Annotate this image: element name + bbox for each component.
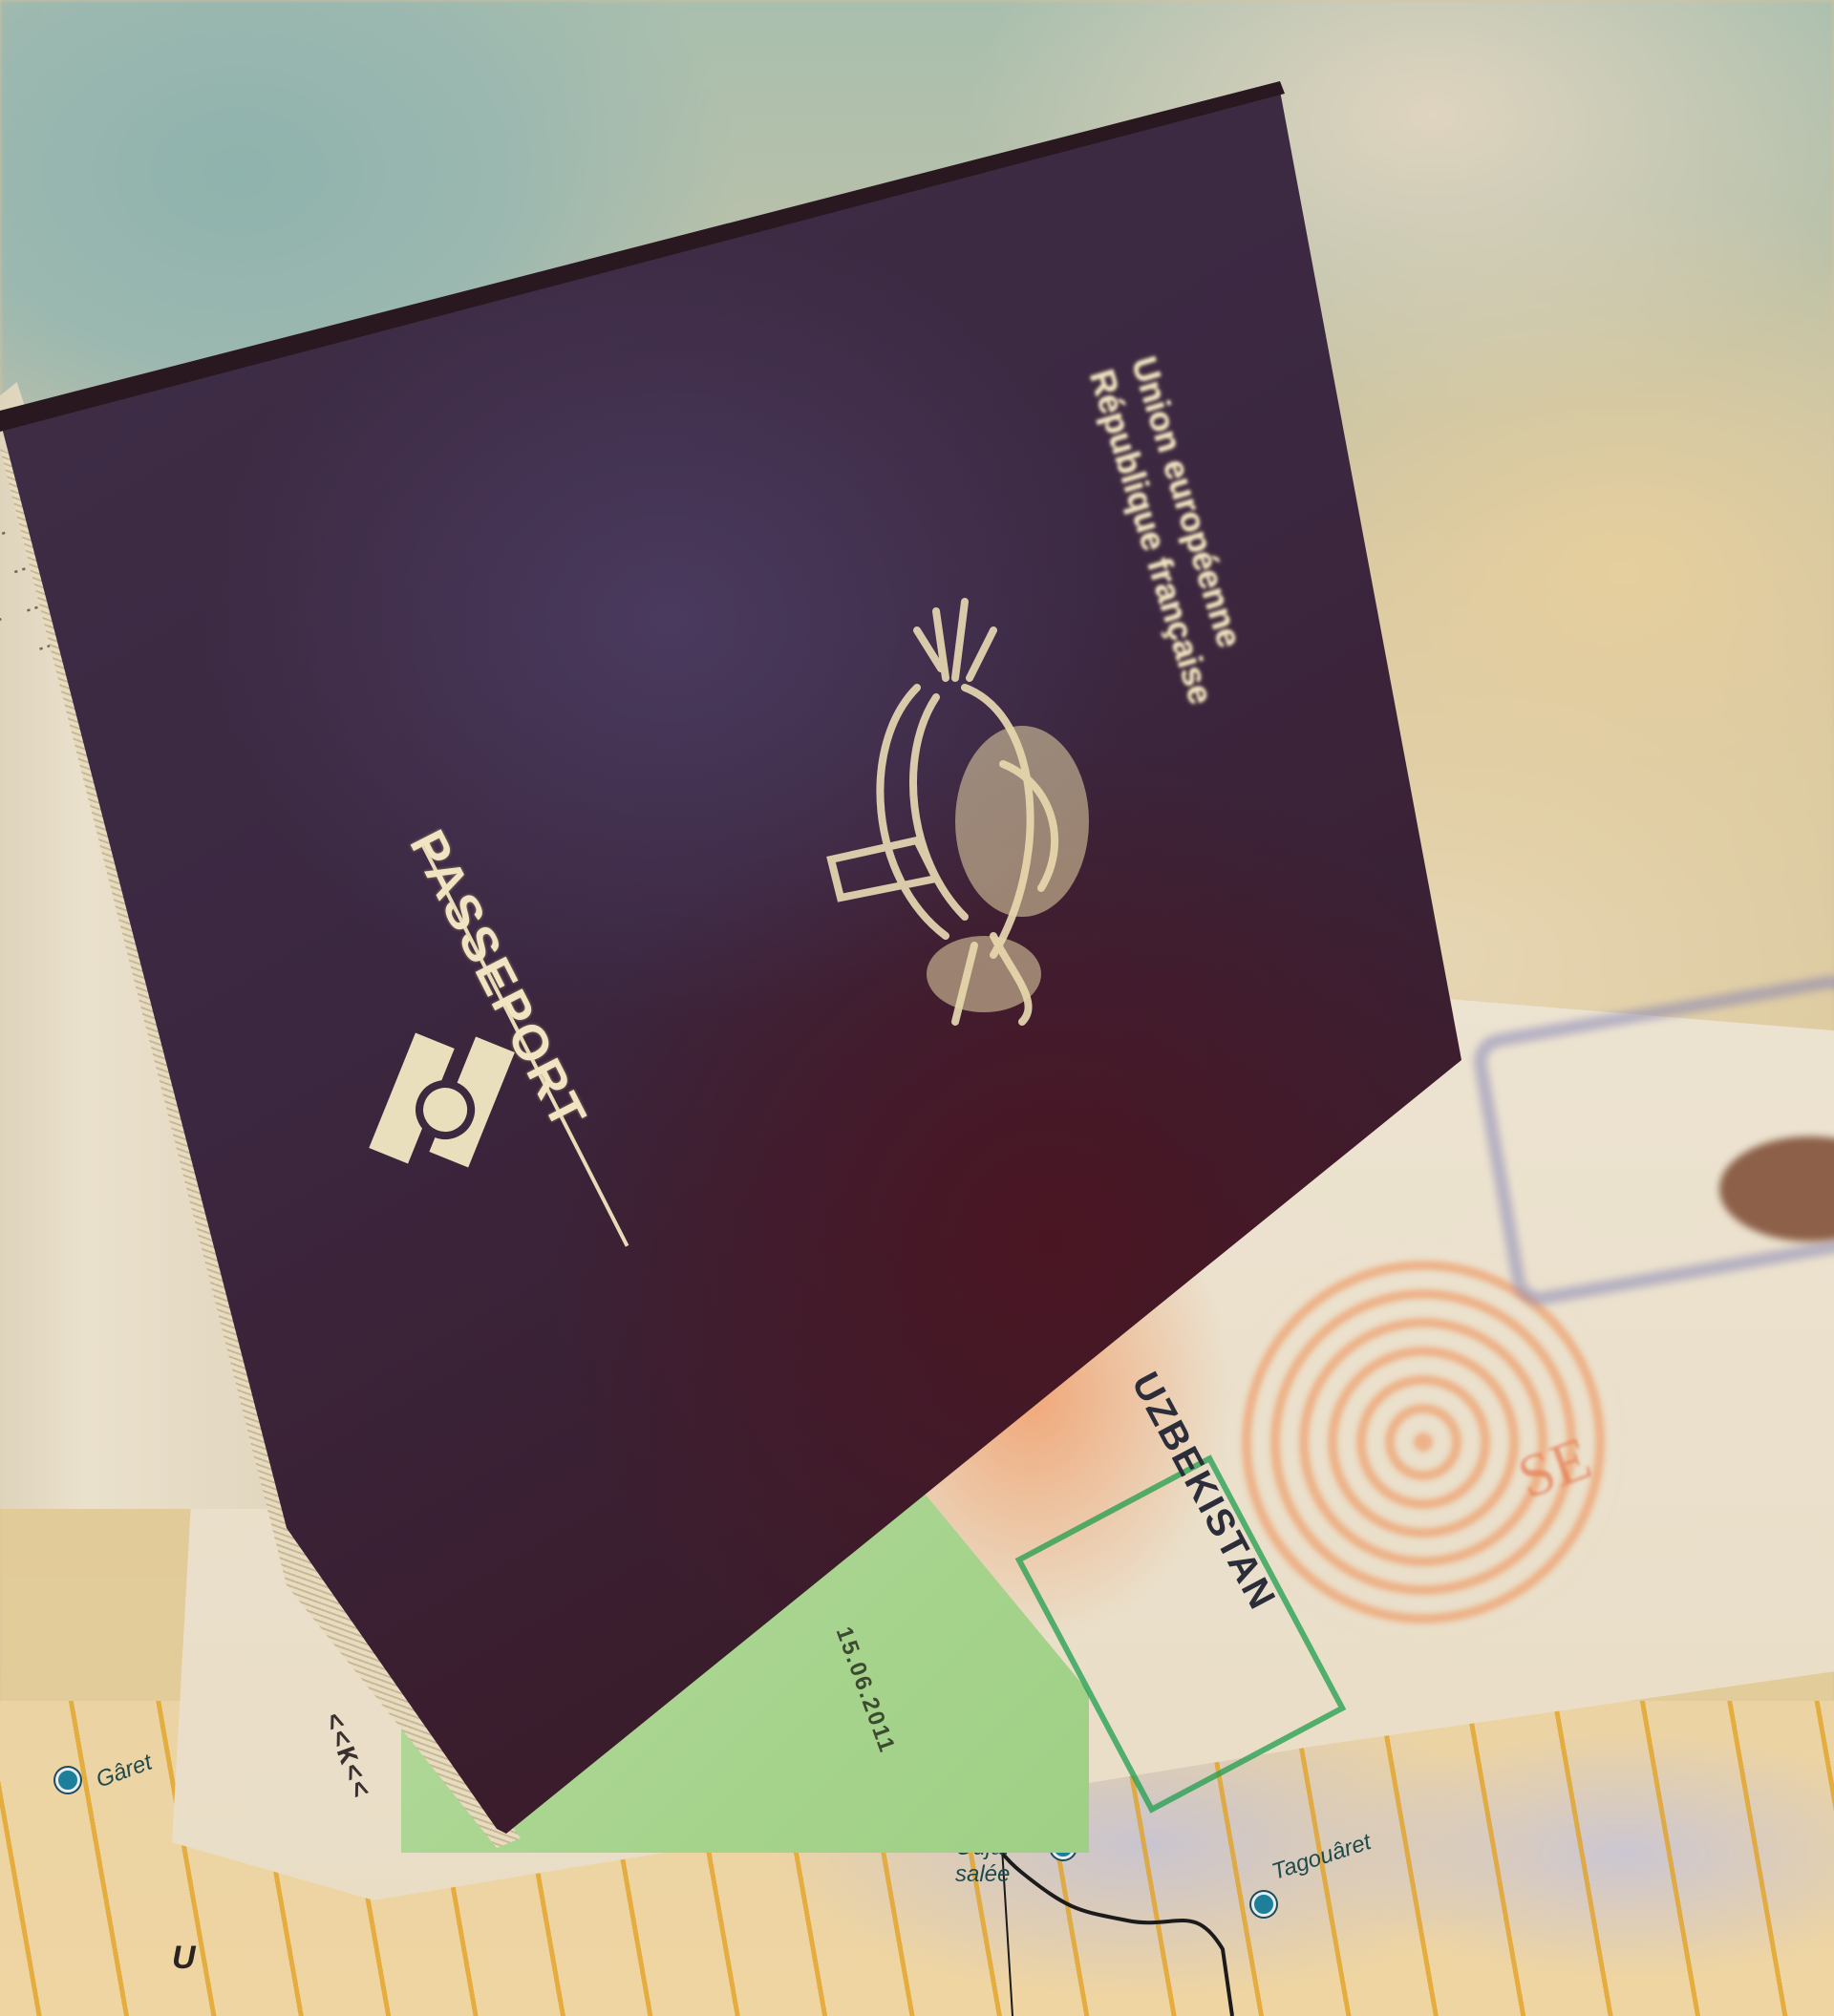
passport-photo: Gâret Aguin Salée Touijinet Oujâf salée … [0,0,1834,2016]
map-region-letter: U [172,1940,196,1977]
map-location-icon [1251,1892,1276,1917]
map-location-icon [55,1768,80,1793]
coat-of-arms-icon [802,573,1146,1031]
map-place-label: Gâret [93,1750,156,1794]
